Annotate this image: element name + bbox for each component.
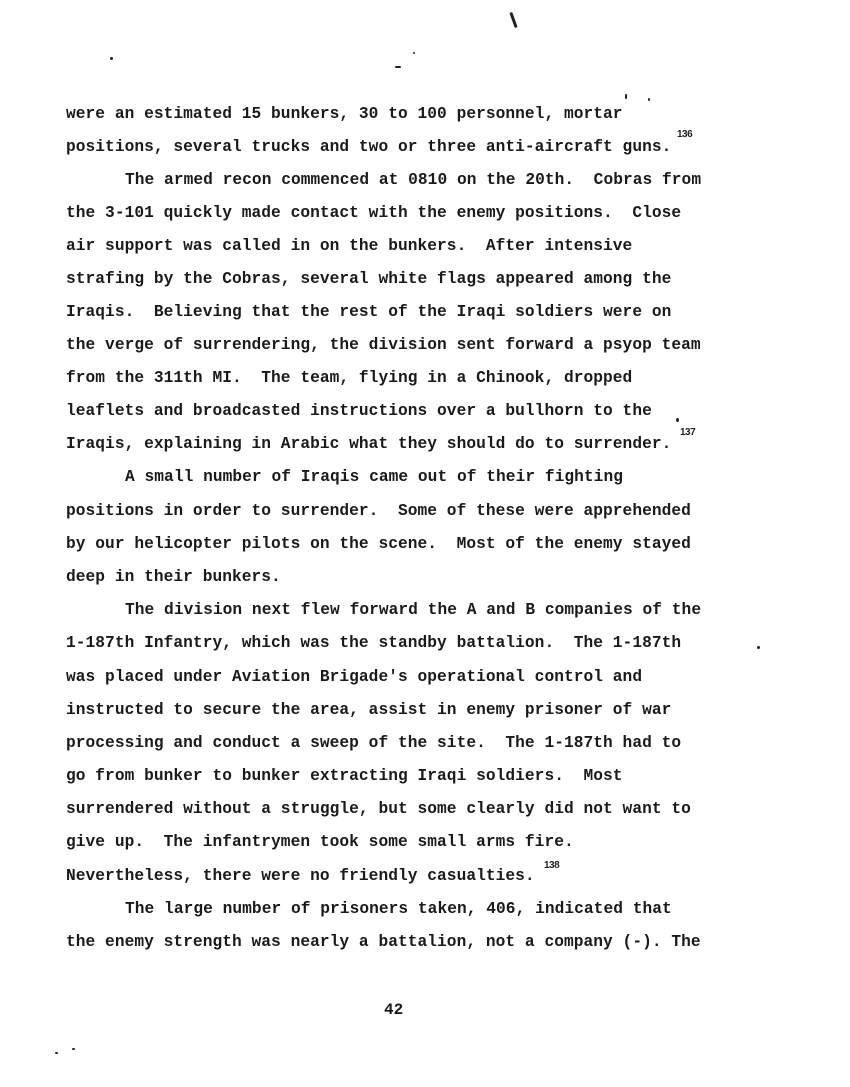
paragraph-start: The armed recon commenced at 0810 on the… bbox=[125, 170, 701, 190]
text-line: strafing by the Cobras, several white fl… bbox=[66, 269, 671, 289]
paragraph-start: The large number of prisoners taken, 406… bbox=[125, 899, 672, 919]
footnote-marker: 138 bbox=[544, 860, 559, 871]
text-line: Iraqis. Believing that the rest of the I… bbox=[66, 302, 671, 322]
text-line: 1-187th Infantry, which was the standby … bbox=[66, 633, 681, 653]
text-line: were an estimated 15 bunkers, 30 to 100 … bbox=[66, 104, 623, 124]
footnote-marker: 137 bbox=[680, 427, 695, 438]
text-line: processing and conduct a sweep of the si… bbox=[66, 733, 681, 753]
text-line: the 3-101 quickly made contact with the … bbox=[66, 203, 681, 223]
scan-mark bbox=[676, 418, 679, 422]
text-line: air support was called in on the bunkers… bbox=[66, 236, 632, 256]
text-line: from the 311th MI. The team, flying in a… bbox=[66, 368, 632, 388]
text-line: instructed to secure the area, assist in… bbox=[66, 700, 671, 720]
paragraph-start: A small number of Iraqis came out of the… bbox=[125, 467, 623, 487]
text-line: the verge of surrendering, the division … bbox=[66, 335, 701, 355]
scan-mark bbox=[413, 52, 415, 54]
text-line: was placed under Aviation Brigade's oper… bbox=[66, 667, 642, 687]
text-line: Iraqis, explaining in Arabic what they s… bbox=[66, 434, 671, 454]
text-line: the enemy strength was nearly a battalio… bbox=[66, 932, 701, 952]
page-number: 42 bbox=[384, 1001, 403, 1019]
scan-mark bbox=[509, 12, 517, 28]
text-line: go from bunker to bunker extracting Iraq… bbox=[66, 766, 623, 786]
scan-mark bbox=[55, 1052, 58, 1054]
scan-mark bbox=[648, 98, 650, 101]
scan-mark bbox=[395, 66, 401, 68]
document-page: were an estimated 15 bunkers, 30 to 100 … bbox=[0, 0, 850, 1087]
text-line: positions in order to surrender. Some of… bbox=[66, 501, 691, 521]
text-line: surrendered without a struggle, but some… bbox=[66, 799, 691, 819]
text-line: Nevertheless, there were no friendly cas… bbox=[66, 866, 535, 886]
scan-mark bbox=[625, 94, 627, 99]
scan-mark bbox=[110, 57, 113, 60]
text-line: leaflets and broadcasted instructions ov… bbox=[66, 401, 652, 421]
text-line: positions, several trucks and two or thr… bbox=[66, 137, 671, 157]
scan-mark bbox=[72, 1048, 75, 1050]
scan-mark bbox=[757, 646, 760, 649]
text-line: give up. The infantrymen took some small… bbox=[66, 832, 574, 852]
text-line: deep in their bunkers. bbox=[66, 567, 281, 587]
text-line: by our helicopter pilots on the scene. M… bbox=[66, 534, 691, 554]
paragraph-start: The division next flew forward the A and… bbox=[125, 600, 701, 620]
footnote-marker: 136 bbox=[677, 129, 692, 140]
